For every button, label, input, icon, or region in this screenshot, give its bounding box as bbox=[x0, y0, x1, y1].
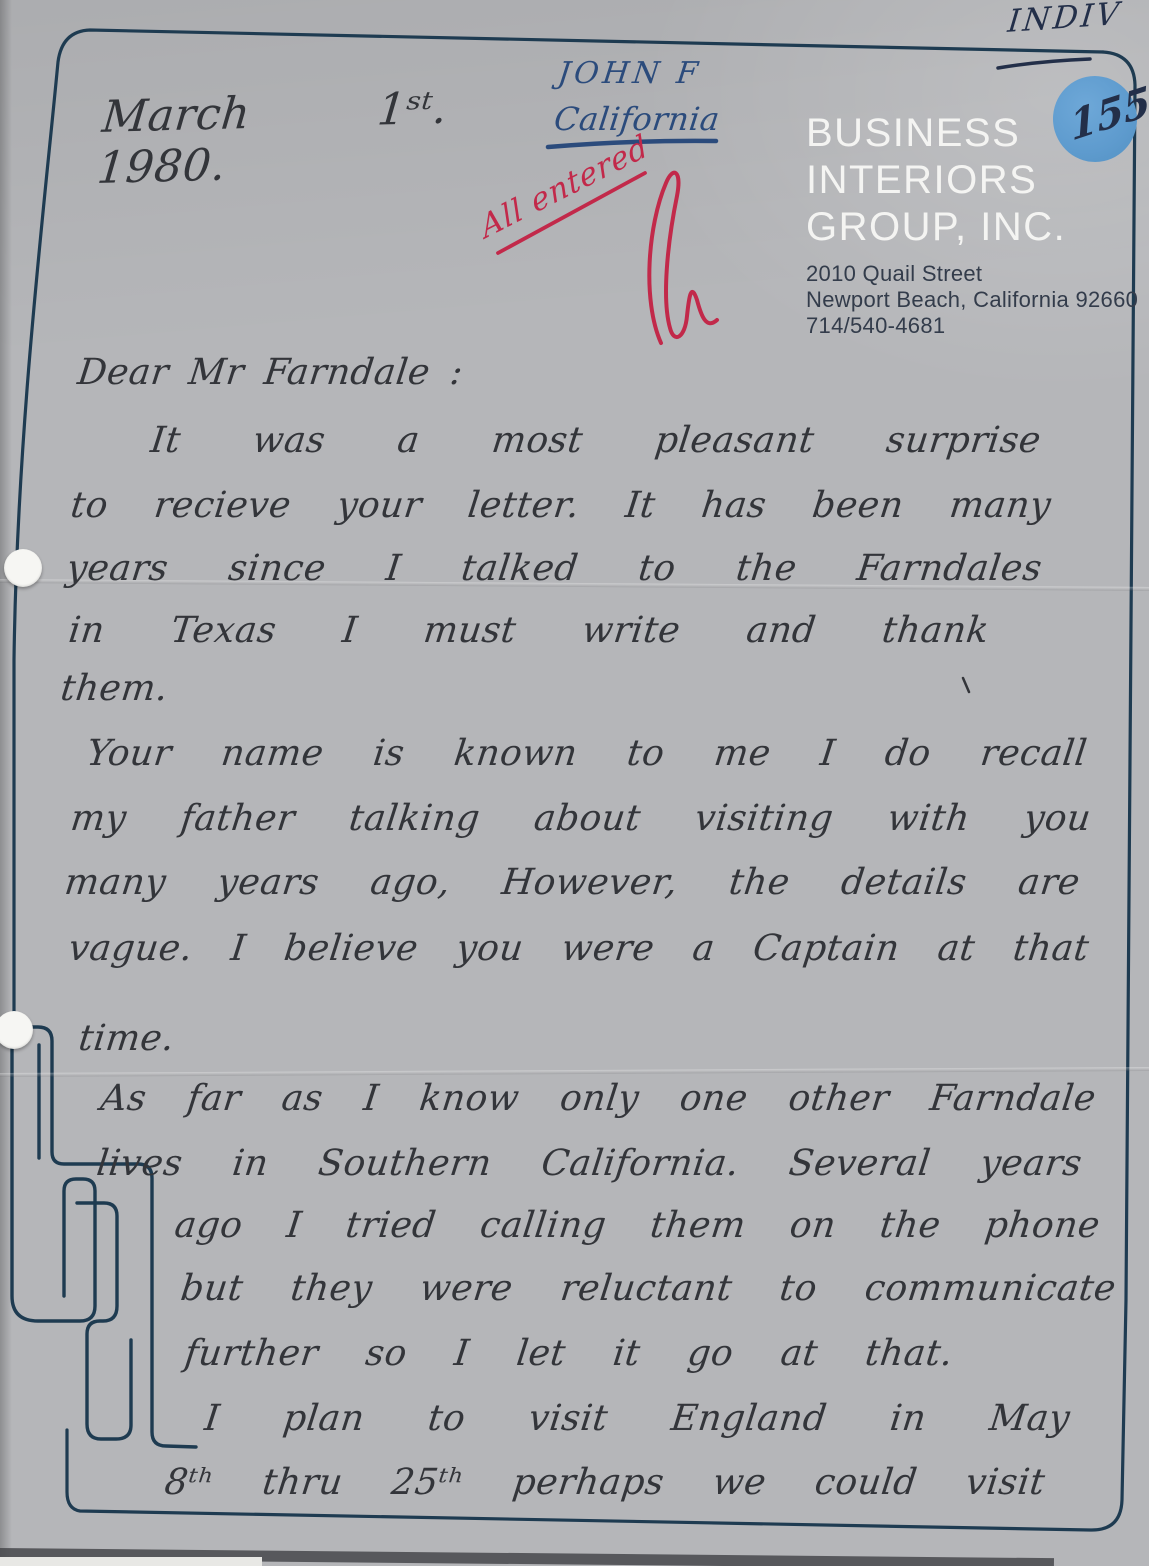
scanned-letter-page: BUSINESS INTERIORS GROUP, INC. 2010 Quai… bbox=[0, 0, 1149, 1566]
letter-line: Your name is known to me I do recall bbox=[84, 731, 1090, 777]
stray-pen-tick bbox=[963, 678, 969, 692]
letterhead-company-name: BUSINESS INTERIORS GROUP, INC. bbox=[806, 110, 1066, 251]
sticker-number: 155 bbox=[1068, 77, 1149, 151]
red-checkmark-flourish bbox=[649, 173, 717, 343]
letter-line: them. bbox=[58, 666, 194, 712]
letterhead-company-line: INTERIORS bbox=[806, 157, 1066, 204]
letter-line: vague. I believe you were a Captain at t… bbox=[66, 926, 1092, 972]
letter-line: many years ago, However, the details are bbox=[62, 860, 1083, 906]
letter-line: to recieve your letter. It has been many bbox=[68, 483, 1054, 529]
letter-line: Dear Mr Farndale : bbox=[75, 350, 466, 396]
letterhead-address-line: 2010 Quail Street bbox=[806, 261, 1138, 287]
all-entered-annotation: All entered bbox=[476, 128, 653, 246]
letter-line: but they were reluctant to communicate bbox=[178, 1266, 1119, 1312]
punch-hole-top bbox=[4, 549, 42, 587]
letterhead-company-line: GROUP, INC. bbox=[806, 204, 1066, 251]
indiv-underline bbox=[998, 59, 1090, 68]
letterhead-address-line: Newport Beach, California 92660 bbox=[806, 287, 1138, 313]
letter-line: time. bbox=[76, 1016, 192, 1062]
letter-date: March 1ˢᵗ. 1980. bbox=[95, 83, 450, 194]
letterhead-address: 2010 Quail Street Newport Beach, Califor… bbox=[806, 261, 1138, 339]
recipient-name-annotation: JOHN F bbox=[556, 56, 704, 91]
letter-line: further so I let it go at that. bbox=[182, 1331, 956, 1377]
letter-line: 8ᵗʰ thru 25ᵗʰ perhaps we could visit bbox=[162, 1460, 1048, 1506]
letterhead-company-line: BUSINESS bbox=[806, 110, 1066, 157]
letter-line: in Texas I must write and thank bbox=[66, 608, 992, 654]
indiv-annotation: INDIV bbox=[1006, 0, 1123, 40]
letter-line: years since I talked to the Farndales bbox=[64, 546, 1045, 592]
punch-hole-bottom bbox=[0, 1011, 33, 1049]
letterhead-address-line: 714/540-4681 bbox=[806, 313, 1138, 339]
letter-line: It was a most pleasant surprise bbox=[148, 418, 1044, 464]
letter-line: I plan to visit England in May bbox=[202, 1396, 1073, 1442]
letter-line: As far as I know only one other Farndale bbox=[98, 1076, 1099, 1122]
letter-line: lives in Southern California. Several ye… bbox=[94, 1141, 1085, 1187]
letter-line: my father talking about visiting with yo… bbox=[68, 796, 1094, 842]
letter-line: ago I tried calling them on the phone bbox=[172, 1203, 1103, 1249]
scanner-background-sliver bbox=[0, 1557, 262, 1566]
